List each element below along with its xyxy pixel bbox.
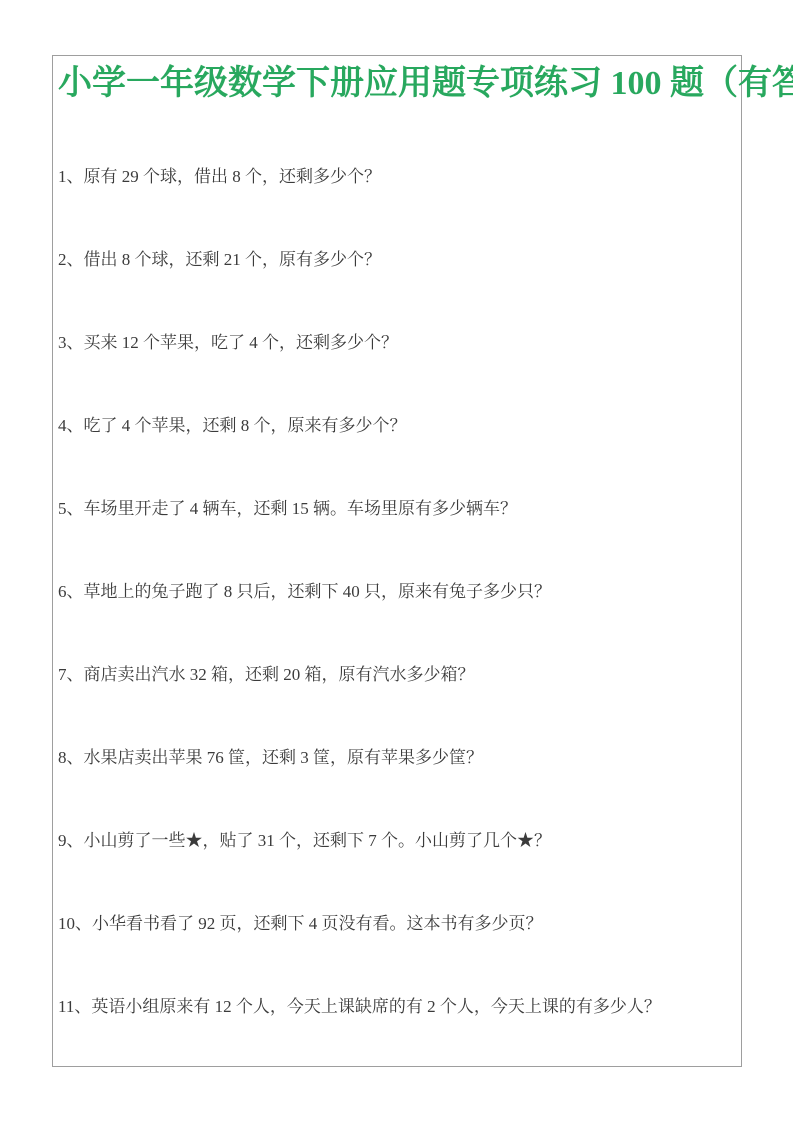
question-9: 9、小山剪了一些★，贴了 31 个，还剩下 7 个。小山剪了几个★？ [58,829,736,852]
question-5: 5、车场里开走了 4 辆车，还剩 15 辆。车场里原有多少辆车？ [58,497,736,520]
question-8: 8、水果店卖出苹果 76 筐，还剩 3 筐，原有苹果多少筐？ [58,746,736,769]
question-7: 7、商店卖出汽水 32 箱，还剩 20 箱，原有汽水多少箱？ [58,663,736,686]
worksheet-title: 小学一年级数学下册应用题专项练习 100 题（有答案） [58,61,736,107]
question-4: 4、吃了 4 个苹果，还剩 8 个，原来有多少个？ [58,414,736,437]
question-11: 11、英语小组原来有 12 个人，今天上课缺席的有 2 个人，今天上课的有多少人… [58,995,736,1018]
question-1: 1、原有 29 个球，借出 8 个，还剩多少个？ [58,165,736,188]
question-list: 1、原有 29 个球，借出 8 个，还剩多少个？ 2、借出 8 个球，还剩 21… [58,165,736,1018]
question-3: 3、买来 12 个苹果，吃了 4 个，还剩多少个？ [58,331,736,354]
document-canvas: 小学一年级数学下册应用题专项练习 100 题（有答案） 1、原有 29 个球，借… [0,0,793,1122]
worksheet-page: 小学一年级数学下册应用题专项练习 100 题（有答案） 1、原有 29 个球，借… [52,55,742,1067]
question-6: 6、草地上的兔子跑了 8 只后，还剩下 40 只，原来有兔子多少只？ [58,580,736,603]
question-2: 2、借出 8 个球，还剩 21 个，原有多少个？ [58,248,736,271]
question-10: 10、小华看书看了 92 页，还剩下 4 页没有看。这本书有多少页？ [58,912,736,935]
